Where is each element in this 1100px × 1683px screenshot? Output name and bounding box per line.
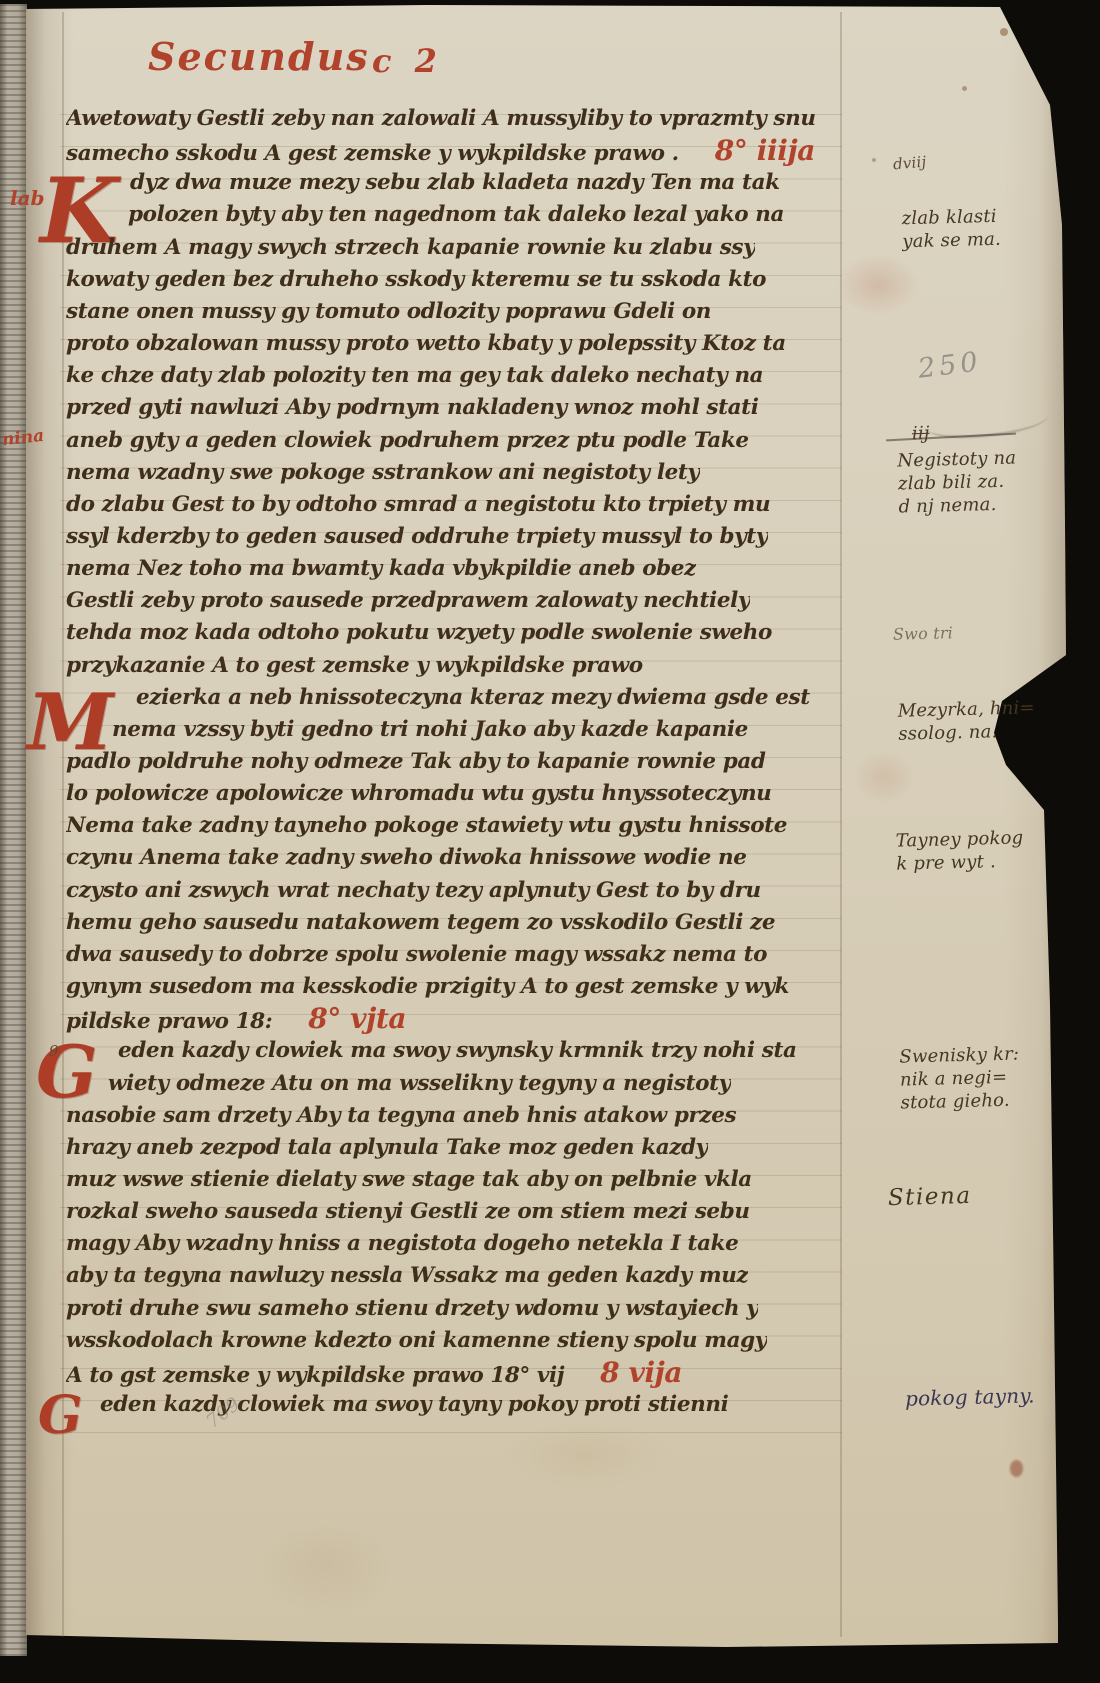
note-9-mark: 9 [49,1042,59,1060]
margin-note-line: zlab bili za. [898,469,1017,495]
text-line: lo polowicze apolowicze whromadu wtu gys… [66,779,771,809]
text-line-text: przed gyti nawluzi Aby podrnym nakladeny… [66,395,759,420]
running-header-chapter-mark: c 2 [372,42,443,80]
text-line: samecho sskodu A gest zemske y wykpildsk… [66,136,815,169]
text-line-text: przykazanie A to gest zemske y wykpildsk… [66,653,643,678]
text-line: ke chze daty zlab polozity ten ma gey ta… [66,361,763,391]
text-line: eden kazdy clowiek ma swoy swynsky krmni… [118,1036,797,1066]
text-line: Nema take zadny tayneho pokoge stawiety … [66,811,787,841]
text-line: muz wswe stienie dielaty swe stage tak a… [66,1165,752,1195]
text-line-text: nema vzssy byti gedno tri nohi Jako aby … [112,717,748,742]
note-swo-tri: Swo tri [893,621,954,646]
text-line: aby ta tegyna nawluzy nessla Wssakz ma g… [66,1261,748,1291]
margin-note-line: Tayney pokog [895,826,1023,852]
text-line: czynu Anema take zadny sweho diwoka hnis… [66,843,747,873]
margin-note-line: iij [912,422,930,445]
text-line: hrazy aneb zezpod tala aplynula Take moz… [66,1133,708,1163]
text-line-text: polozen byty aby ten nagednom tak daleko… [128,202,784,227]
text-line-text: rozkal sweho sauseda stienyi Gestli ze o… [66,1199,750,1224]
margin-note-line: 250 [916,346,983,385]
rubric-reference: 8° iiija [715,136,815,167]
text-line: padlo poldruhe nohy odmeze Tak aby to ka… [66,747,766,777]
margin-note-line: k pre wyt . [896,849,1024,875]
text-line: przed gyti nawluzi Aby podrnym nakladeny… [66,393,759,423]
text-line-text: wsskodolach krowne kdezto oni kamenne st… [66,1328,767,1353]
text-line-text: kowaty geden bez druheho sskody kteremu … [66,267,766,292]
text-line-text: do zlabu Gest to by odtoho smrad a negis… [66,492,770,517]
text-line-text: A to gst zemske y wykpildske prawo 18° v… [66,1363,564,1388]
text-line-text: dyz dwa muze mezy sebu zlab kladeta nazd… [130,170,780,195]
note-iij-struck: iij [912,422,930,445]
text-line: ssyl kderzby to geden saused oddruhe trp… [66,522,768,552]
note-negistoty: Negistoty nazlab bili za.d nj nema. [897,446,1018,518]
text-line: Gestli zeby proto sausede przedprawem za… [66,586,750,616]
text-line-text: eden kazdy clowiek ma swoy swynsky krmni… [118,1038,797,1063]
text-line: ezierka a neb hnissoteczyna kteraz mezy … [136,683,810,713]
text-line: stane onen mussy gy tomuto odlozity popr… [66,297,711,327]
text-line-text: Nema take zadny tayneho pokoge stawiety … [66,813,787,838]
text-line-text: proto obzalowan mussy proto wetto kbaty … [66,331,786,356]
margin-note-line: ssolog. na. [898,719,1036,746]
text-line: gynym susedom ma kesskodie przigity A to… [66,972,789,1002]
text-line: czysto ani zswych wrat nechaty tezy aply… [66,876,761,906]
margin-note-line: d nj nema. [898,492,1017,518]
text-line-text: ezierka a neb hnissoteczyna kteraz mezy … [136,685,810,710]
note-lab: lab [10,186,45,210]
text-line-text: lo polowicze apolowicze whromadu wtu gys… [66,781,771,806]
text-line: dwa sausedy to dobrze spolu swolenie mag… [66,940,767,970]
margin-note-line: Mezyrka, hni= [897,696,1035,723]
text-line: wsskodolach krowne kdezto oni kamenne st… [66,1326,767,1356]
text-line: nasobie sam drzety Aby ta tegyna aneb hn… [66,1101,736,1131]
text-line: proto obzalowan mussy proto wetto kbaty … [66,329,786,359]
text-line: tehda moz kada odtoho pokutu wzyety podl… [66,618,772,648]
text-line-text: nema Nez toho ma bwamty kada vbykpildie … [66,556,696,581]
note-dviij: dviij [892,151,927,177]
text-line-text: samecho sskodu A gest zemske y wykpildsk… [66,141,679,166]
margin-note-line: Negistoty na [897,446,1016,472]
text-line-text: tehda moz kada odtoho pokutu wzyety podl… [66,620,772,645]
text-line: kowaty geden bez druheho sskody kteremu … [66,265,766,295]
text-line-text: nema wzadny swe pokoge sstrankow ani neg… [66,460,700,485]
text-line: wiety odmeze Atu on ma wsselikny tegyny … [108,1069,731,1099]
rubric-reference: 8 vija [600,1358,682,1389]
note-tayney-pokog: Tayney pokogk pre wyt . [895,826,1024,875]
margin-note-line: nik a negi= [900,1065,1020,1091]
text-line-text: ssyl kderzby to geden saused oddruhe trp… [66,524,768,549]
note-nina: nina [1,426,45,450]
text-line: druhem A magy swych strzech kapanie rown… [66,233,755,263]
text-line-text: aby ta tegyna nawluzy nessla Wssakz ma g… [66,1263,748,1288]
text-line: nema wzadny swe pokoge sstrankow ani neg… [66,458,700,488]
text-line: eden kazdy clowiek ma swoy tayny pokoy p… [100,1390,728,1420]
text-line-text: pildske prawo 18: [66,1009,272,1034]
text-line-text: czynu Anema take zadny sweho diwoka hnis… [66,845,747,870]
text-line-text: stane onen mussy gy tomuto odlozity popr… [66,299,711,324]
text-line: nema vzssy byti gedno tri nohi Jako aby … [112,715,748,745]
running-header-title: Secundus [148,34,370,79]
text-line-text: eden kazdy clowiek ma swoy tayny pokoy p… [100,1392,728,1417]
note-pokog-tayny: pokog tayny. [905,1384,1035,1410]
text-line-text: gynym susedom ma kesskodie przigity A to… [66,974,789,999]
margin-note-line: yak se ma. [902,228,1001,254]
text-line-text: druhem A magy swych strzech kapanie rown… [66,235,755,260]
text-line: A to gst zemske y wykpildske prawo 18° v… [66,1358,682,1391]
note-stiena: Stiena [888,1185,972,1210]
text-line-text: czysto ani zswych wrat nechaty tezy aply… [66,878,761,903]
text-line-text: ke chze daty zlab polozity ten ma gey ta… [66,363,763,388]
rubricated-initial-G: G [38,1390,82,1442]
text-line: aneb gyty a geden clowiek podruhem przez… [66,426,749,456]
text-line-text: wiety odmeze Atu on ma wsselikny tegyny … [108,1071,731,1096]
margin-note-line: pokog tayny. [905,1384,1035,1410]
text-line: magy Aby wzadny hniss a negistota dogeho… [66,1229,738,1259]
text-line: do zlabu Gest to by odtoho smrad a negis… [66,490,770,520]
page-content: Secundus c 2 K M G G Awetowaty Gestli ze… [0,0,1100,1683]
note-zlab-klasti: zlab klastiyak se ma. [901,205,1001,254]
text-line-text: proti druhe swu sameho stienu drzety wdo… [66,1296,758,1321]
text-line-text: muz wswe stienie dielaty swe stage tak a… [66,1167,752,1192]
rubric-reference: 8° vjta [308,1004,406,1035]
margin-note-line: Stiena [888,1185,972,1210]
text-line: pildske prawo 18:8° vjta [66,1004,406,1037]
margin-note-line: stota gieho. [900,1088,1020,1114]
note-mezyrka: Mezyrka, hni=ssolog. na. [897,696,1035,746]
manuscript-photo: { "page": { "header": { "title": "Secund… [0,0,1100,1683]
text-line-text: padlo poldruhe nohy odmeze Tak aby to ka… [66,749,766,774]
text-line-text: Gestli zeby proto sausede przedprawem za… [66,588,750,613]
text-line: Awetowaty Gestli zeby nan zalowali A mus… [66,104,816,134]
text-line: polozen byty aby ten nagednom tak daleko… [128,200,784,230]
text-line: nema Nez toho ma bwamty kada vbykpildie … [66,554,696,584]
rubricated-initial-G: G [36,1036,98,1108]
note-swinsky-krmnik: Swenisky kr:nik a negi=stota gieho. [899,1042,1021,1114]
margin-note-line: dviij [892,151,927,177]
text-line-text: Awetowaty Gestli zeby nan zalowali A mus… [66,106,816,131]
folio-250: 250 [916,346,983,385]
margin-note-line: Swo tri [893,621,954,646]
text-line: hemu geho sausedu natakowem tegem zo vss… [66,908,775,938]
text-line: proti druhe swu sameho stienu drzety wdo… [66,1294,758,1324]
text-line: dyz dwa muze mezy sebu zlab kladeta nazd… [130,168,780,198]
text-line-text: hrazy aneb zezpod tala aplynula Take moz… [66,1135,708,1160]
margin-note-line: Swenisky kr: [899,1042,1019,1068]
text-line-text: nasobie sam drzety Aby ta tegyna aneb hn… [66,1103,736,1128]
text-line-text: hemu geho sausedu natakowem tegem zo vss… [66,910,775,935]
margin-note-line: zlab klasti [901,205,1000,231]
text-line: przykazanie A to gest zemske y wykpildsk… [66,651,643,681]
text-line-text: aneb gyty a geden clowiek podruhem przez… [66,428,749,453]
text-line: rozkal sweho sauseda stienyi Gestli ze o… [66,1197,750,1227]
text-line-text: magy Aby wzadny hniss a negistota dogeho… [66,1231,738,1256]
text-line-text: dwa sausedy to dobrze spolu swolenie mag… [66,942,767,967]
